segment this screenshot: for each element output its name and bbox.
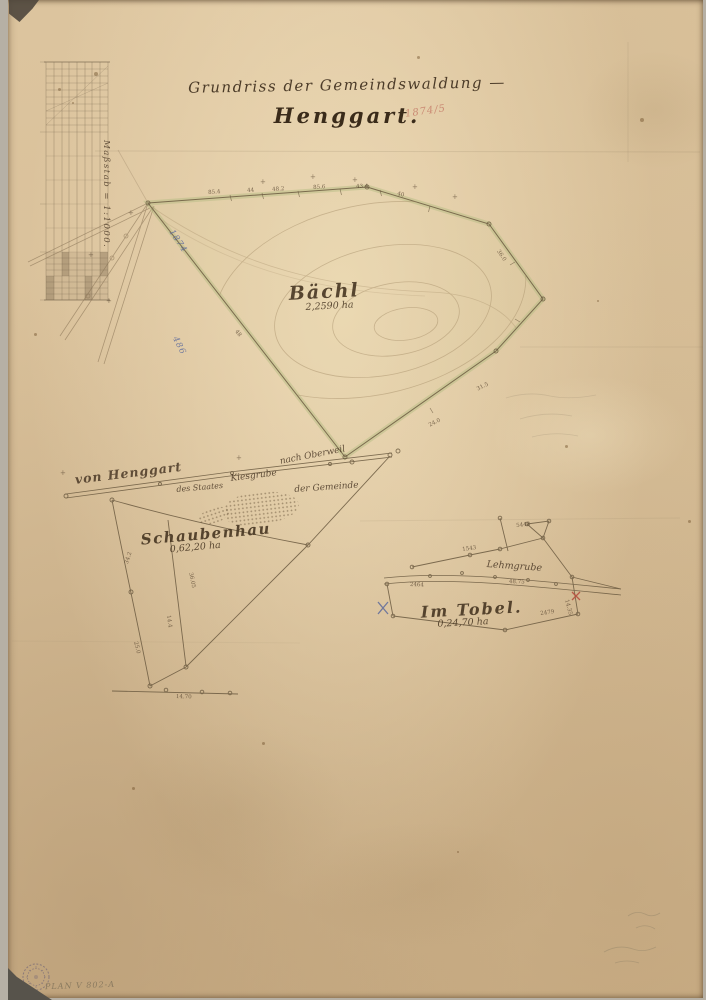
- survey-cross: +: [88, 251, 94, 259]
- measurement-label: 48: [233, 329, 242, 338]
- measurement-label: 1543: [462, 545, 477, 553]
- survey-cross: +: [60, 469, 66, 477]
- measurement-label: 31.5: [476, 382, 490, 393]
- label-der-gemeinde: der Gemeinde: [294, 481, 359, 495]
- measurement-label: 24.0: [428, 418, 442, 429]
- annotation-overlay: von Henggartdes StaatesKiesgrubeder Geme…: [0, 0, 706, 1000]
- road-number: 486: [170, 335, 188, 357]
- label-lehmgrube: Lehmgrube: [486, 559, 542, 574]
- measurement-label: 2479: [540, 609, 555, 617]
- measurement-label: 5443: [516, 522, 531, 529]
- road-number: 1874: [167, 228, 189, 255]
- measurement-label: 48.2: [272, 186, 285, 193]
- measurement-label: 85.6: [313, 184, 326, 191]
- measurement-label: 2464: [410, 582, 424, 588]
- measurement-label: 48.75: [509, 579, 525, 586]
- measurement-label: 34.2: [124, 551, 133, 565]
- measurement-label: 36.0: [495, 249, 507, 262]
- label-von-henggart: von Henggart: [74, 459, 183, 487]
- measurement-label: 44: [247, 188, 254, 194]
- survey-cross: +: [310, 173, 316, 181]
- measurement-label: 36.05: [187, 572, 196, 589]
- survey-cross: +: [352, 176, 358, 184]
- label-kiesgrube: Kiesgrube: [230, 468, 277, 484]
- label-nach-oberweil: nach Oberweil: [279, 444, 346, 466]
- measurement-label: 14.70: [176, 694, 192, 701]
- measurement-label: 25.0: [132, 641, 141, 654]
- measurement-label: 14.35: [563, 599, 573, 616]
- label-des-staates: des Staates: [176, 481, 223, 494]
- measurement-label: 85.4: [208, 189, 221, 196]
- measurement-label: 40: [396, 191, 404, 199]
- survey-cross: +: [412, 183, 418, 191]
- measurement-label: 43.4: [356, 184, 368, 190]
- survey-cross: +: [128, 209, 134, 217]
- survey-cross: +: [106, 297, 112, 305]
- survey-cross: +: [236, 454, 242, 462]
- survey-cross: +: [260, 178, 266, 186]
- survey-cross: +: [452, 193, 458, 201]
- measurement-label: 14.4: [165, 615, 173, 628]
- scanned-plan-sheet: Grundriss der Gemeindswaldung — Henggart…: [0, 0, 706, 1000]
